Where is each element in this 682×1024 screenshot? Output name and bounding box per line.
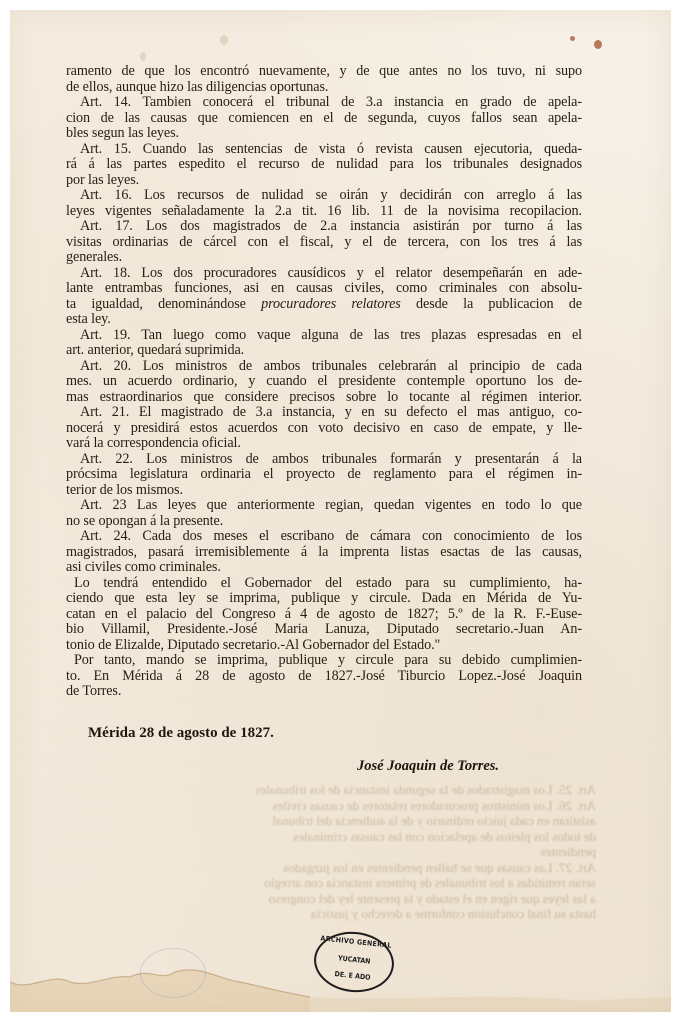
text-line: rá á las partes espedito el recurso de n… [66,157,582,173]
text-line: magistrados, pasará irremisiblemente á l… [66,545,582,561]
article-22-heading-line: Art. 22. Los ministros de ambos tribunal… [66,452,582,468]
text-segment: ta igualdad, denominándose [66,296,261,312]
text-line: de ellos, aunque hizo las diligencias op… [66,80,582,96]
promulgation-first-line: Por tanto, mando se imprima, publique y … [66,653,582,669]
text-line: no se opongan á la presente. [66,514,582,530]
closing-decree-first-line: Lo tendrá entendido el Gobernador del es… [66,576,582,592]
text-line: bles segun las leyes. [66,126,582,142]
text-line: visitas ordinarias de cárcel con el fisc… [66,235,582,251]
article-21-heading-line: Art. 21. El magistrado de 3.a instancia,… [66,405,582,421]
text-line: por las leyes. [66,173,582,189]
rust-stain [594,40,602,49]
text-line-with-italic: ta igualdad, denominándose procuradores … [66,297,582,313]
signature: José Joaquin de Torres. [357,758,499,775]
article-18-heading-line: Art. 18. Los dos procuradores causídicos… [66,266,582,282]
text-line: to. En Mérida á 28 de agosto de 1827.-Jo… [66,669,582,685]
text-line: tonio de Elizalde, Diputado secretario.-… [66,638,582,654]
text-line: mes. un acuerdo ordinario, y cuando el p… [66,374,582,390]
faded-archive-stamp: · · · [140,948,206,998]
text-line: ciendo que esta ley se imprima, publique… [66,591,582,607]
text-line: catan en el palacio del Congreso á 4 de … [66,607,582,623]
text-line: nocerá y presidirá estos acuerdos con vo… [66,421,582,437]
text-line: bio Villamil, Presidente.-José Maria Lan… [66,622,582,638]
text-line: ramento de que los encontró nuevamente, … [66,64,582,80]
text-line: cion de las causas que comiencen en el d… [66,111,582,127]
date-line: Mérida 28 de agosto de 1827. [88,725,274,742]
reverse-side-bleed-through: Art. 25. Los magistrados de la segunda i… [76,782,596,922]
article-19-heading-line: Art. 19. Tan luego como vaque alguna de … [66,328,582,344]
text-line: mas estraordinarios que considere precis… [66,390,582,406]
stamp-bottom-text: DE. E ADO [314,968,390,984]
text-line: esta ley. [66,312,582,328]
text-line: leyes vigentes señaladamente la 2.a tit.… [66,204,582,220]
stain [220,35,228,45]
text-line: lante entrambas funciones, asi en causas… [66,281,582,297]
stain [140,52,146,61]
text-line: terior de los mismos. [66,483,582,499]
article-15-heading-line: Art. 15. Cuando las sentencias de vista … [66,142,582,158]
article-16-heading-line: Art. 16. Los recursos de nulidad se oirá… [66,188,582,204]
document-body: ramento de que los encontró nuevamente, … [66,64,582,700]
text-segment: desde la publicacion de [401,296,582,312]
article-14-heading-line: Art. 14. Tambien conocerá el tribunal de… [66,95,582,111]
text-line: de Torres. [66,684,582,700]
stamp-middle-text: YUCATAN [316,952,392,968]
text-line: generales. [66,250,582,266]
article-17-heading-line: Art. 17. Los dos magistrados de 2.a inst… [66,219,582,235]
text-line: prócsima legislatura ordinaria el proyec… [66,467,582,483]
italic-term: procuradores relatores [261,296,401,312]
rust-stain [570,36,575,41]
article-24-heading-line: Art. 24. Cada dos meses el escribano de … [66,529,582,545]
text-line: vará la correspondencia oficial. [66,436,582,452]
article-20-heading-line: Art. 20. Los ministros de ambos tribunal… [66,359,582,375]
article-23-heading-line: Art. 23 Las leyes que anteriormente regi… [66,498,582,514]
text-line: art. anterior, quedará suprimida. [66,343,582,359]
text-line: asi civiles como criminales. [66,560,582,576]
